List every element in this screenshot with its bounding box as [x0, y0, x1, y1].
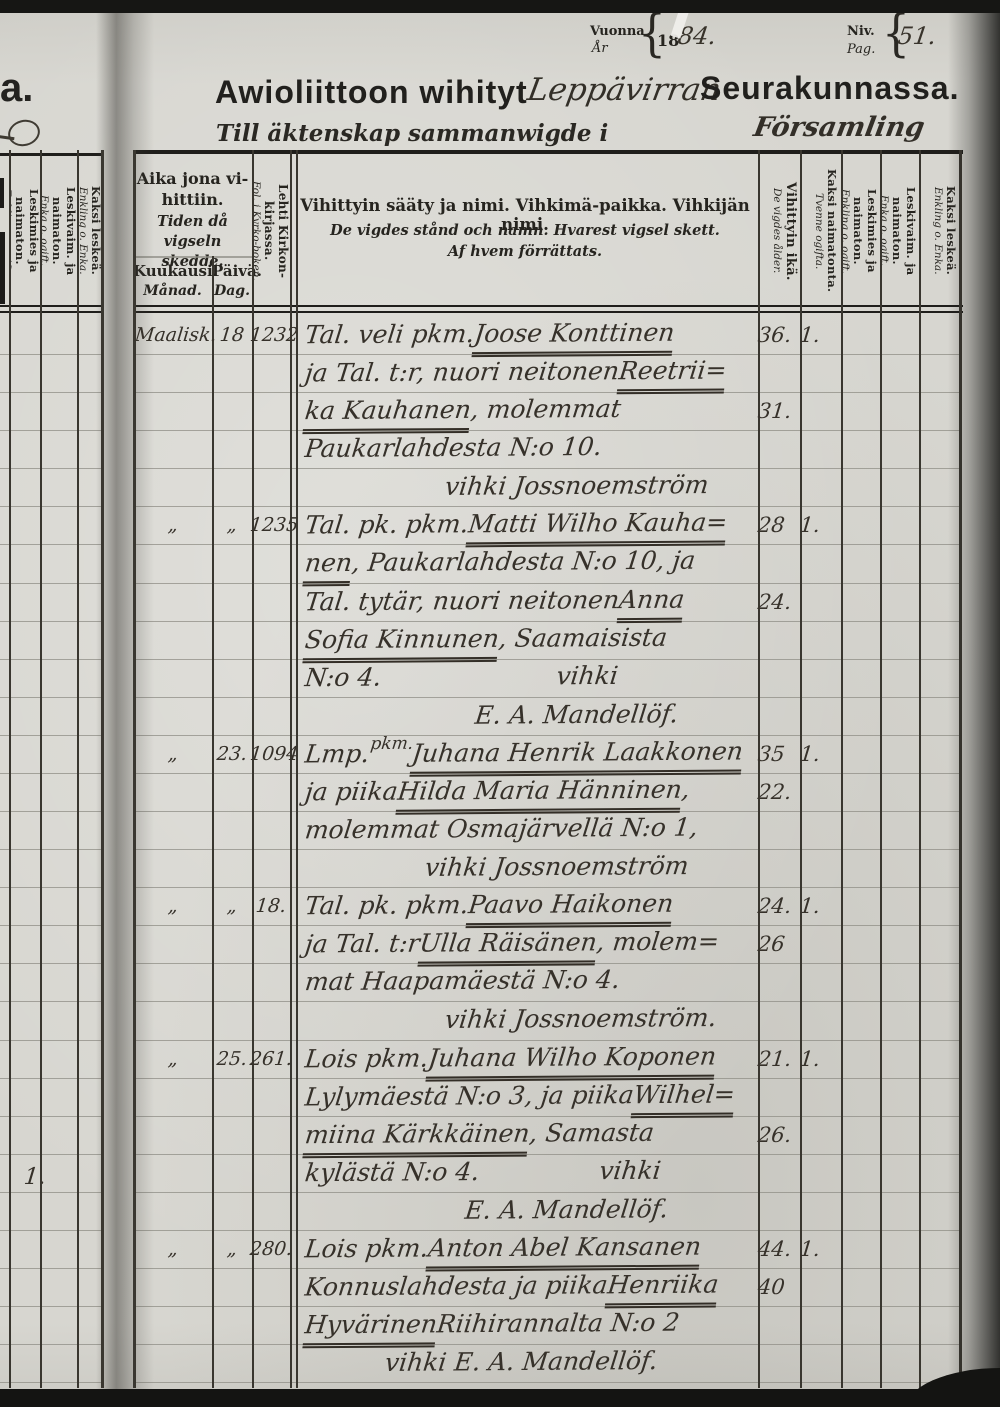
grid-line	[133, 150, 963, 154]
entry-line: E. A. Mandellöf.	[463, 1192, 670, 1230]
age-value: 35	[756, 737, 802, 771]
entry-text: E. A. Mandellöf.	[463, 1192, 670, 1227]
rule-line	[0, 468, 104, 469]
underlined-name: Henriika	[605, 1268, 720, 1309]
age-value: 44.	[756, 1232, 802, 1266]
entry-line: miina Kärkkäinen, Samasta	[303, 1115, 656, 1154]
left-page-tally-mark: 1.	[18, 1160, 52, 1194]
rule-line	[0, 811, 104, 812]
entry-text: , molemmat	[469, 392, 623, 427]
entry-line: vihki E. A. Mandellöf.	[383, 1344, 660, 1383]
entry-text: kylästä N:o 4.	[303, 1155, 481, 1190]
left-column-header-widow-bachelor: Leskivaim. ja naimaton. Enka o. ogift.	[41, 156, 78, 306]
entry-line: Tal. pk. pkm. Paavo Haikonen	[303, 887, 676, 927]
rule-line	[0, 506, 104, 507]
parish-name-handwritten: Leppävirran	[525, 72, 724, 108]
entry-line: ja piika Hilda Maria Hänninen,	[303, 773, 692, 813]
entry-line: Lois pkm. Juhana Wilho Koponen	[303, 1039, 718, 1079]
church-marriage-record-scan: a. Leskimies ja naimaton. Enkling o. ogi…	[0, 0, 1000, 1407]
rule-line	[0, 1344, 104, 1345]
age-value: 21.	[756, 1042, 802, 1076]
folio-value: 261.	[248, 1042, 294, 1076]
column-header-widower-maid: Leskimies ja naimaton. Enkling o. ogift.	[843, 156, 879, 306]
grid-line	[77, 150, 79, 1388]
day-value: „	[210, 508, 254, 542]
entry-line: Hyvärinen Riihirannalta N:o 2	[303, 1306, 682, 1346]
scan-bottom-edge	[0, 1389, 1000, 1407]
entry-text: ja Tal. t:r, nuori neitonen	[303, 354, 621, 390]
rule-line	[0, 544, 104, 545]
rule-line	[0, 1001, 104, 1002]
entry-text: molemmat Osmajärvellä N:o 1,	[303, 811, 700, 848]
entry-line: ja Tal. t:r, nuori neitonen Reetrii=	[303, 354, 729, 394]
folio-value: 1094	[248, 737, 294, 771]
column-header-age: Vihittyin ikä. De vigdes ålder.	[760, 156, 798, 306]
age-value: 26.	[756, 1118, 802, 1152]
right-edge-shadow	[948, 0, 1000, 1407]
underlined-name: Sofia Kinnunen	[302, 622, 500, 663]
pageno-handwritten: 51.	[896, 22, 938, 50]
age-value: 26	[756, 927, 802, 961]
grid-line	[9, 150, 11, 1388]
age-value: 22.	[756, 775, 802, 809]
tally-mark: 1.	[798, 508, 844, 542]
day-value: „	[210, 1232, 254, 1266]
entry-text: Tal. veli pkm.	[303, 317, 476, 352]
rule-line	[0, 1268, 104, 1269]
age-value: 36.	[756, 318, 802, 352]
entry-line: Tal. veli pkm. Joose Konttinen	[303, 316, 677, 356]
entry-line: ja Tal. t:r Ulla Räisänen, molem=	[303, 925, 721, 965]
entry-text: Tal. tytär, nuori neitonen	[303, 583, 621, 619]
underlined-name: Anna	[617, 582, 687, 622]
folio-value: 280.	[248, 1232, 294, 1266]
grid-line	[0, 311, 104, 313]
age-value: 28	[756, 508, 802, 542]
column-header-day-fi: Päivä.	[212, 262, 252, 280]
rule-line	[0, 925, 104, 926]
entry-text: Tal. pk. pkm.	[303, 508, 470, 543]
folio-value: 1235	[248, 508, 294, 542]
script-flourish	[5, 117, 42, 150]
entry-text: vihki Jossnoemström	[443, 468, 710, 504]
pageno-label-sv: Pag.	[847, 42, 875, 57]
underlined-name: Joose Konttinen	[472, 316, 677, 357]
underlined-name: Paavo Haikonen	[466, 887, 675, 928]
binding-mark	[0, 232, 5, 304]
entry-line: Tal. tytär, nuori neitonen Anna	[303, 582, 687, 622]
rule-line	[0, 1192, 104, 1193]
column-header-both-unmarried: Kaksi naimatonta. Tvenne ogifta.	[802, 156, 839, 306]
year-label-sv: År	[592, 41, 608, 56]
entry-line: Lylymäestä N:o 3, ja piika Wilhel=	[303, 1077, 737, 1117]
rule-line	[0, 963, 104, 964]
age-value: 24.	[756, 585, 802, 619]
underlined-name: Ulla Räisänen	[417, 926, 599, 967]
tally-mark: 1.	[798, 318, 844, 352]
grid-line	[133, 305, 963, 307]
rule-line	[0, 1230, 104, 1231]
grid-line	[0, 153, 104, 156]
title-sv-right: Församling	[751, 112, 927, 143]
column-header-widow-bachelor: Leskivaim. ja naimaton. Enka o. ogift.	[882, 156, 918, 306]
grid-line	[133, 311, 963, 313]
scan-top-edge	[0, 0, 1000, 13]
entry-text: vihki Jossnoemström	[423, 849, 690, 885]
underlined-name: Matti Wilho Kauha=	[466, 506, 729, 548]
column-header-main-sv1: De vigdes stånd och namn. Hvarest vigsel…	[292, 222, 758, 239]
book-gutter-shadow	[96, 0, 154, 1407]
rule-line	[0, 430, 104, 431]
folio-value: 1232	[248, 318, 294, 352]
day-value: 23.	[210, 737, 254, 771]
rule-line	[0, 621, 104, 622]
entry-line: Lois pkm. Anton Abel Kansanen	[303, 1230, 703, 1270]
day-value: „	[210, 889, 254, 923]
entry-line: kylästä N:o 4.vihki	[303, 1154, 663, 1193]
grid-line	[880, 150, 882, 1388]
entry-text: Riihirannalta N:o 2	[435, 1306, 681, 1342]
entry-line: Paukarlahdesta N:o 10.	[303, 430, 604, 469]
rule-line	[0, 887, 104, 888]
entry-text: pkm.	[369, 727, 416, 761]
rule-line	[0, 1116, 104, 1117]
underlined-name: nen	[302, 547, 354, 587]
binding-mark	[0, 178, 4, 208]
underlined-name: Juhana Wilho Koponen	[426, 1039, 718, 1081]
entry-line: Tal. pk. pkm. Matti Wilho Kauha=	[303, 506, 730, 546]
rule-line	[0, 392, 104, 393]
grid-line	[212, 256, 214, 1388]
rule-line	[0, 1306, 104, 1307]
entry-line: vihki Jossnoemström.	[443, 1001, 719, 1040]
rule-line	[0, 697, 104, 698]
entry-text: E. A. Mandellöf.	[473, 697, 680, 732]
age-value: 24.	[756, 889, 802, 923]
grid-line	[919, 150, 921, 1388]
rule-line	[0, 1154, 104, 1155]
underlined-name: miina Kärkkäinen	[302, 1116, 531, 1158]
rule-line	[0, 659, 104, 660]
title-fi-left: Awioliittoon wihityt	[215, 74, 528, 111]
entry-line: Lmp. pkm. Juhana Henrik Laakkonen	[303, 734, 745, 774]
rule-line	[0, 1382, 104, 1383]
underlined-name: Anton Abel Kansanen	[426, 1230, 703, 1272]
rule-line	[0, 773, 104, 774]
rule-line	[0, 1078, 104, 1079]
underlined-name: Wilhel=	[631, 1077, 737, 1118]
entry-text: Tal. pk. pkm.	[303, 888, 470, 923]
entry-text: , Paukarlahdesta N:o 10, ja	[350, 544, 697, 580]
column-header-main-sv2: Af hvem förrättats.	[292, 243, 758, 260]
rule-line	[0, 849, 104, 850]
rule-line	[0, 583, 104, 584]
day-value: 18	[210, 318, 254, 352]
day-value: 25.	[210, 1042, 254, 1076]
rule-line	[0, 354, 104, 355]
tally-mark: 1.	[798, 1042, 844, 1076]
entry-text: Lylymäestä N:o 3, ja piika	[303, 1078, 636, 1114]
tally-mark: 1.	[798, 889, 844, 923]
title-fi-right: Seurakunnassa.	[700, 70, 959, 107]
title-sv-left: Till äktenskap sammanwigde i	[216, 120, 608, 147]
age-value: 31.	[756, 394, 802, 428]
entry-line: Sofia Kinnunen, Saamaisista	[303, 620, 669, 660]
entry-text: ja piika	[303, 775, 400, 810]
entry-text: , molem=	[595, 925, 721, 960]
age-value: 40	[756, 1270, 802, 1304]
entry-text: mat Haapamäestä N:o 4.	[303, 963, 622, 999]
underlined-name: Reetrii=	[616, 354, 728, 395]
underlined-name: Hilda Maria Hänninen	[395, 773, 684, 815]
entry-text: vihki E. A. Mandellöf.	[383, 1344, 659, 1380]
column-header-day-sv: Dag.	[212, 283, 252, 299]
underlined-name: Hyvärinen	[302, 1307, 439, 1348]
entry-line: mat Haapamäestä N:o 4.	[303, 963, 622, 1002]
rule-line	[133, 1382, 961, 1383]
entry-line: molemmat Osmajärvellä N:o 1,	[303, 811, 700, 851]
entry-text: , Saamaisista	[497, 620, 669, 655]
tally-mark: 1.	[798, 1232, 844, 1266]
folio-value: 18.	[248, 889, 294, 923]
tally-mark: 1.	[798, 737, 844, 771]
entry-line: Konnuslahdesta ja piika Henriika	[303, 1268, 721, 1308]
left-column-header-widower-maid: Leskimies ja naimaton. Enkling o. ogift.	[10, 156, 41, 306]
entry-text: Konnuslahdesta ja piika	[303, 1268, 610, 1304]
year-label-fi: Vuonna	[590, 24, 645, 39]
entry-line: vihki Jossnoemström	[423, 849, 691, 888]
entry-text: vihki	[555, 659, 620, 693]
entry-text: N:o 4.	[303, 660, 383, 695]
entry-line: N:o 4.vihki	[303, 659, 620, 698]
rule-line	[0, 735, 104, 736]
entry-text: vihki	[597, 1154, 662, 1188]
pageno-label-fi: Niv.	[847, 24, 875, 39]
entry-text: Paukarlahdesta N:o 10.	[303, 430, 604, 466]
rule-line	[0, 1040, 104, 1041]
column-header-folio: Lehti Kirkon-kirjassa. Fol. i Kyrko-boke…	[254, 156, 290, 306]
entry-text: ja Tal. t:r	[303, 927, 422, 962]
grid-line	[0, 305, 104, 307]
entry-text: , Samasta	[528, 1115, 656, 1150]
entry-line: ka Kauhanen, molemmat	[303, 392, 623, 431]
left-title-fragment: a.	[0, 66, 33, 111]
entry-text: Lmp.	[303, 737, 371, 771]
grid-line	[40, 150, 42, 1388]
underlined-name: Juhana Henrik Laakkonen	[409, 734, 745, 776]
entry-text: Lois pkm.	[303, 1041, 430, 1076]
underlined-name: ka Kauhanen	[302, 393, 472, 434]
entry-text: Lois pkm.	[303, 1231, 430, 1266]
entry-line: vihki Jossnoemström	[443, 468, 711, 507]
entry-line: nen, Paukarlahdesta N:o 10, ja	[303, 544, 698, 584]
entry-line: E. A. Mandellöf.	[473, 697, 680, 735]
entry-text: vihki Jossnoemström.	[443, 1001, 718, 1037]
